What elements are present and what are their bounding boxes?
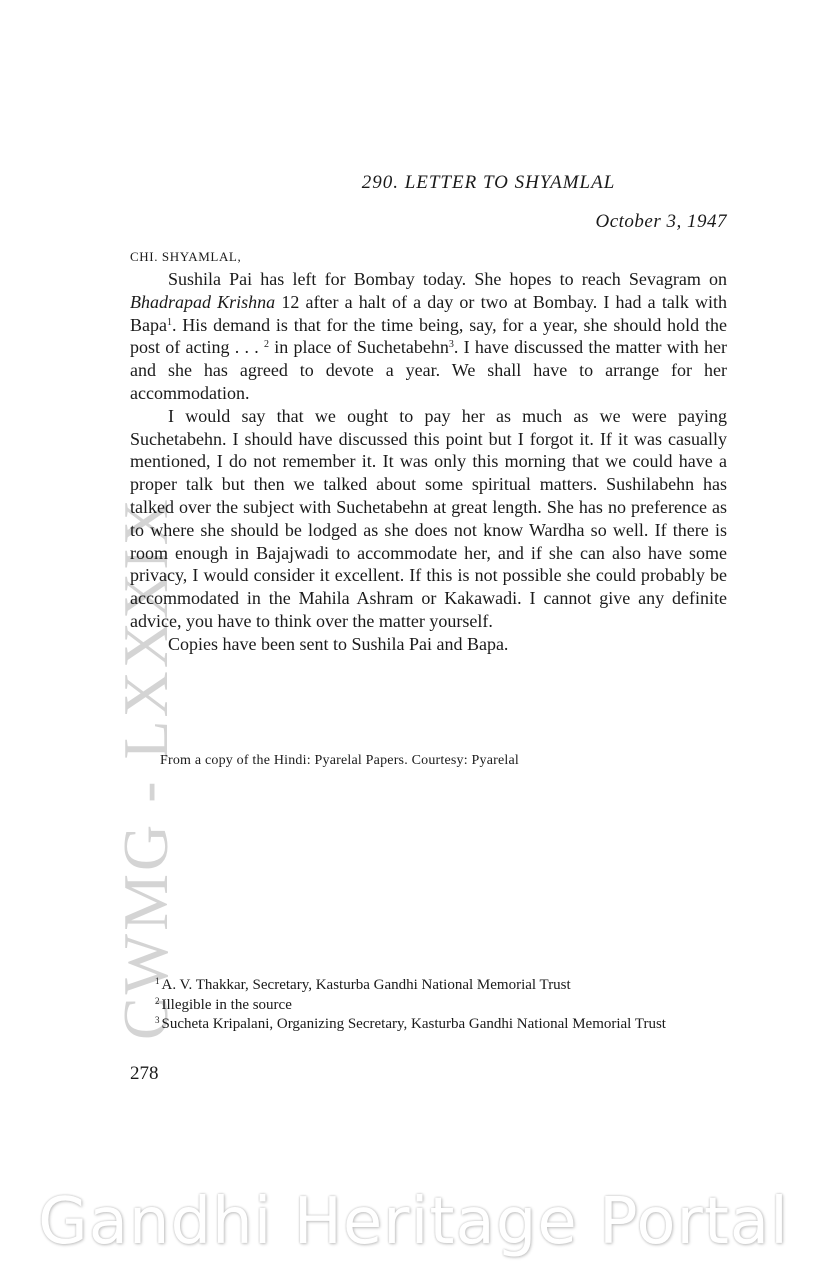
body-paragraph: I would say that we ought to pay her as …: [130, 405, 727, 633]
letter-date: October 3, 1947: [595, 211, 727, 233]
footnote-text: Sucheta Kripalani, Organizing Secretary,…: [162, 1016, 666, 1032]
letter-body: Sushila Pai has left for Bombay today. S…: [130, 268, 727, 656]
footnote-number: 1: [155, 976, 160, 986]
footnote-text: Illegible in the source: [162, 997, 292, 1013]
letter-title: 290. LETTER TO SHYAMLAL: [130, 172, 727, 194]
portal-watermark: Gandhi Heritage Portal: [0, 1184, 827, 1261]
text-run: Sushila Pai has left for Bombay today. S…: [168, 269, 727, 289]
salutation: CHI. SHYAMLAL,: [130, 249, 241, 265]
document-page: CWMG - LXXXIX 290. LETTER TO SHYAMLAL Oc…: [0, 0, 827, 1272]
page-number: 278: [130, 1063, 159, 1085]
text-run: Copies have been sent to Sushila Pai and…: [168, 634, 508, 654]
italic-term: Bhadrapad Krishna: [130, 292, 275, 312]
footnote-number: 3: [155, 1015, 160, 1025]
body-paragraph: Sushila Pai has left for Bombay today. S…: [130, 268, 727, 405]
body-paragraph: Copies have been sent to Sushila Pai and…: [130, 633, 727, 656]
footnote-number: 2: [155, 996, 160, 1006]
footnote: 1A. V. Thakkar, Secretary, Kasturba Gand…: [130, 976, 727, 996]
text-run: in place of Suchetabehn: [269, 337, 449, 357]
footnotes: 1A. V. Thakkar, Secretary, Kasturba Gand…: [130, 976, 727, 1035]
source-note: From a copy of the Hindi: Pyarelal Paper…: [160, 753, 519, 769]
footnote: 2Illegible in the source: [130, 996, 727, 1016]
footnote-text: A. V. Thakkar, Secretary, Kasturba Gandh…: [162, 977, 571, 993]
text-run: I would say that we ought to pay her as …: [130, 406, 727, 631]
footnote: 3Sucheta Kripalani, Organizing Secretary…: [130, 1015, 727, 1035]
